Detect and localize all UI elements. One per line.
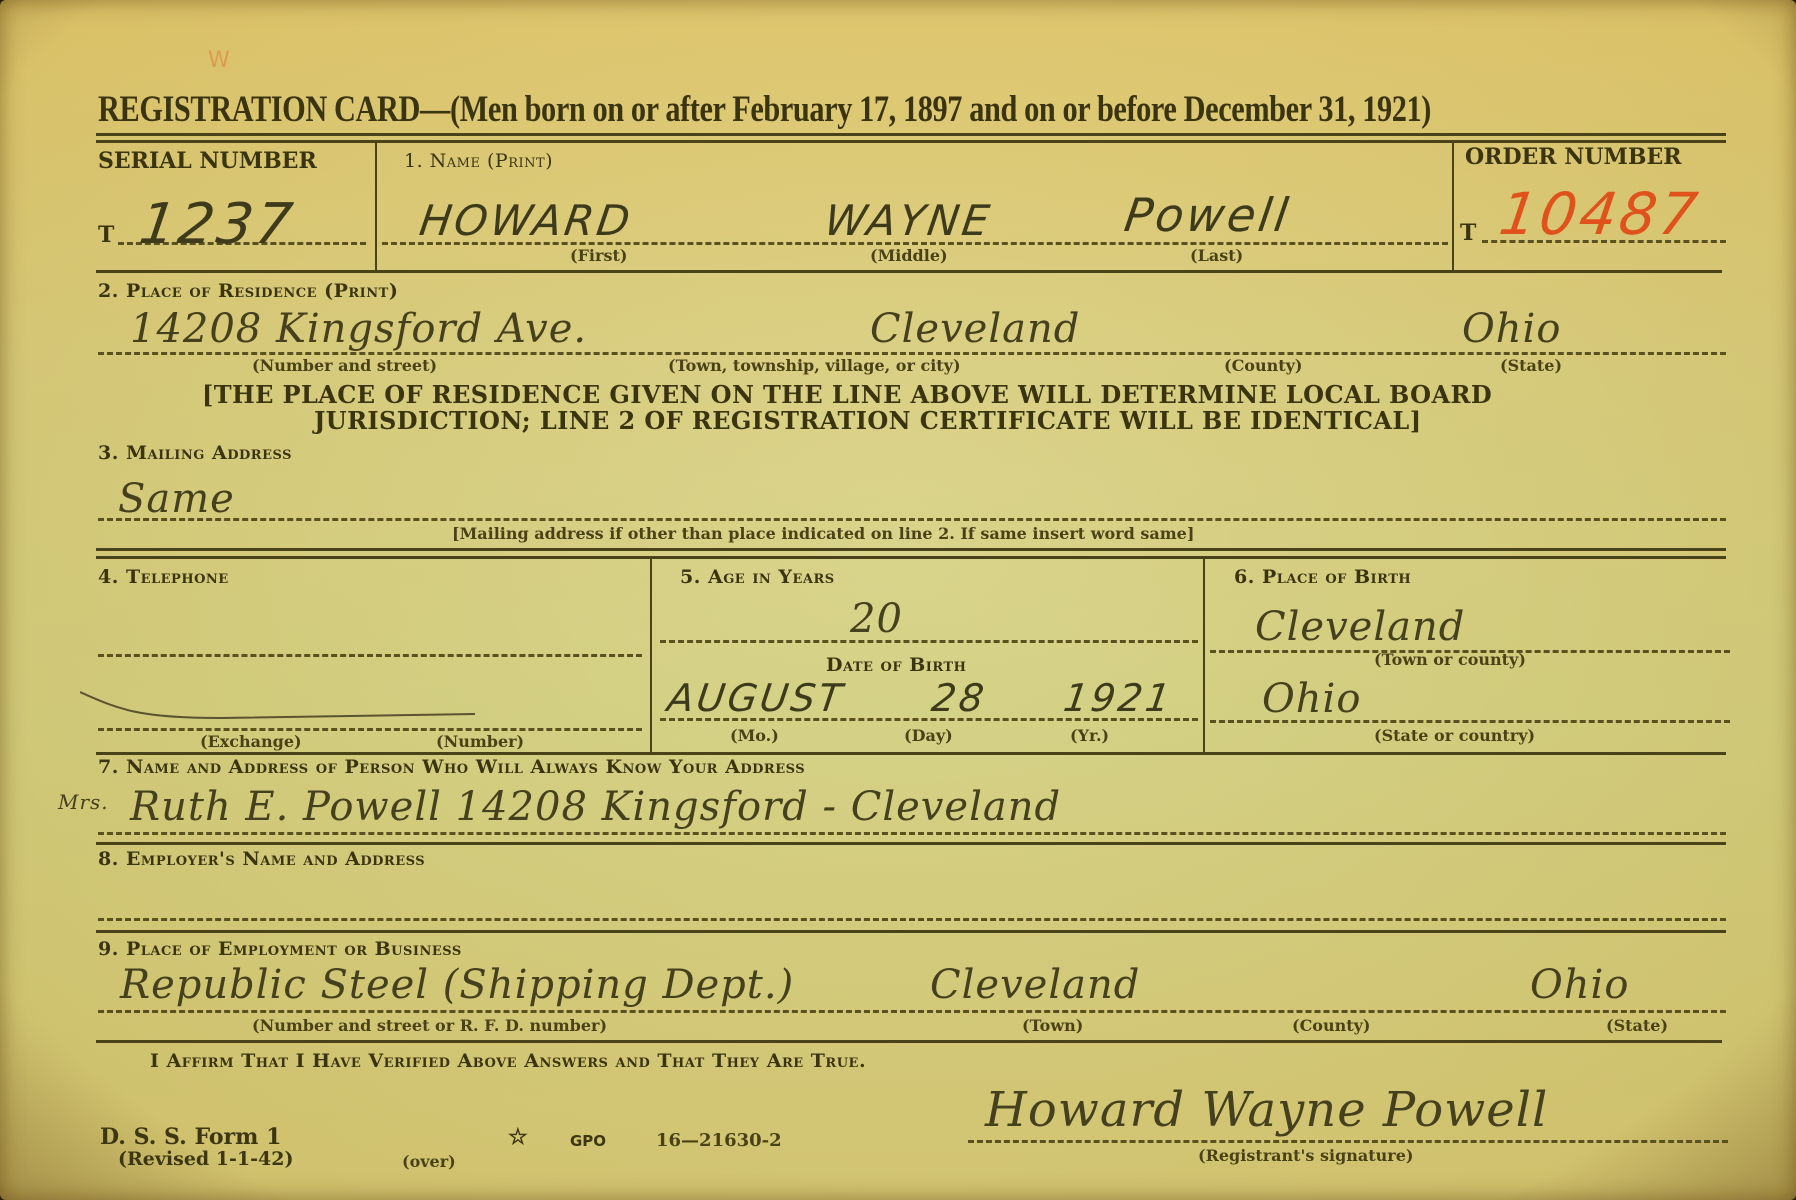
name-last[interactable]: Powell (1121, 188, 1294, 242)
residence-state-caption: (State) (1500, 356, 1562, 375)
contact-prefix: Mrs. (58, 790, 109, 814)
name-middle[interactable]: WAYNE (822, 196, 996, 245)
residence-notice-line1: [THE PLACE OF RESIDENCE GIVEN ON THE LIN… (202, 380, 1492, 409)
residence-label: 2. Place of Residence (Print) (98, 280, 398, 302)
footer-form: D. S. S. Form 1 (100, 1124, 281, 1150)
residence-line (98, 352, 1726, 355)
title-rule-bottom (96, 140, 1726, 143)
residence-town[interactable]: Cleveland (870, 306, 1080, 352)
name-first-caption: (First) (570, 246, 627, 265)
mailing-value[interactable]: Same (118, 476, 235, 522)
card-title: REGISTRATION CARD—(Men born on or after … (98, 88, 1431, 131)
telephone-line-2 (98, 728, 642, 731)
signature-line (968, 1140, 1728, 1143)
age-value[interactable]: 20 (850, 596, 903, 642)
mailing-label: 3. Mailing Address (98, 442, 292, 464)
footer-code: 16—21630-2 (656, 1130, 782, 1151)
birthplace-town[interactable]: Cleveland (1255, 604, 1465, 650)
employment-street-caption: (Number and street or R. F. D. number) (252, 1016, 607, 1035)
mailing-rule-top (96, 548, 1726, 551)
order-label: ORDER NUMBER (1465, 144, 1682, 170)
order-value[interactable]: 10487 (1495, 180, 1704, 248)
contact-label: 7. Name and Address of Person Who Will A… (98, 756, 805, 778)
telephone-age-divider (650, 558, 652, 754)
employment-town-caption: (Town) (1022, 1016, 1083, 1035)
dob-day[interactable]: 28 (929, 676, 990, 720)
name-middle-caption: (Middle) (870, 246, 948, 265)
employment-county-caption: (County) (1292, 1016, 1371, 1035)
footer-star-icon: ☆ (508, 1124, 528, 1150)
dob-month[interactable]: AUGUST (665, 676, 848, 720)
employment-state-caption: (State) (1606, 1016, 1668, 1035)
footer-gpo: GPO (570, 1132, 606, 1150)
telephone-number-caption: (Number) (436, 732, 524, 751)
footer-revised: (Revised 1-1-42) (118, 1148, 293, 1170)
birthplace-state[interactable]: Ohio (1262, 676, 1361, 722)
name-first[interactable]: HOWARD (417, 196, 636, 245)
affirmation-text: I Affirm That I Have Verified Above Answ… (150, 1050, 866, 1072)
residence-notice-line2: JURISDICTION; LINE 2 OF REGISTRATION CER… (314, 406, 1421, 435)
order-divider (1452, 142, 1454, 270)
registration-card: W REGISTRATION CARD—(Men born on or afte… (0, 0, 1796, 1200)
employment-line (98, 1010, 1726, 1013)
telephone-label: 4. Telephone (98, 566, 229, 588)
name-last-caption: (Last) (1190, 246, 1243, 265)
birthplace-town-caption: (Town or county) (1374, 650, 1526, 669)
employer-line (98, 918, 1726, 921)
dob-day-caption: (Day) (904, 726, 953, 745)
dob-year[interactable]: 1921 (1061, 676, 1176, 720)
contact-value[interactable]: Ruth E. Powell 14208 Kingsford - Clevela… (130, 784, 1061, 830)
employment-town[interactable]: Cleveland (930, 962, 1140, 1008)
signature-value[interactable]: Howard Wayne Powell (985, 1082, 1548, 1138)
telephone-exchange-caption: (Exchange) (200, 732, 302, 751)
mailing-line (98, 518, 1726, 521)
telephone-dash-stroke (80, 680, 480, 720)
section-8-rule (96, 930, 1726, 933)
age-birthplace-divider (1203, 558, 1205, 754)
section-9-rule (96, 1040, 1722, 1043)
serial-label: SERIAL NUMBER (98, 148, 317, 174)
serial-value[interactable]: 1237 (135, 192, 299, 257)
residence-state[interactable]: Ohio (1462, 306, 1561, 352)
employment-label: 9. Place of Employment or Business (98, 938, 462, 960)
telephone-line-1 (98, 654, 642, 657)
birthplace-state-caption: (State or country) (1374, 726, 1535, 745)
residence-street-caption: (Number and street) (252, 356, 437, 375)
contact-line (98, 832, 1726, 835)
serial-prefix: T (98, 222, 114, 248)
footer-over: (over) (402, 1152, 456, 1171)
age-line (660, 640, 1198, 643)
serial-divider (375, 142, 377, 270)
name-label: 1. Name (Print) (404, 150, 553, 172)
signature-caption: (Registrant's signature) (1198, 1146, 1413, 1165)
stamp-mark: W (208, 48, 230, 73)
mailing-caption: [Mailing address if other than place ind… (452, 524, 1194, 543)
dob-year-caption: (Yr.) (1070, 726, 1109, 745)
section-7-rule (96, 842, 1726, 845)
residence-county-caption: (County) (1224, 356, 1303, 375)
dob-month-caption: (Mo.) (730, 726, 779, 745)
age-label: 5. Age in Years (680, 566, 835, 588)
residence-street[interactable]: 14208 Kingsford Ave. (130, 306, 587, 352)
birthplace-label: 6. Place of Birth (1234, 566, 1411, 588)
order-prefix: T (1460, 220, 1476, 246)
section-6-rule (96, 752, 1726, 755)
employment-street[interactable]: Republic Steel (Shipping Dept.) (120, 962, 794, 1008)
mailing-rule-bottom (96, 556, 1726, 559)
dob-label: Date of Birth (826, 654, 966, 676)
residence-town-caption: (Town, township, village, or city) (668, 356, 961, 375)
employment-state[interactable]: Ohio (1530, 962, 1629, 1008)
name-section-rule (96, 270, 1722, 273)
employer-label: 8. Employer's Name and Address (98, 848, 425, 870)
title-rule-top (96, 133, 1726, 136)
